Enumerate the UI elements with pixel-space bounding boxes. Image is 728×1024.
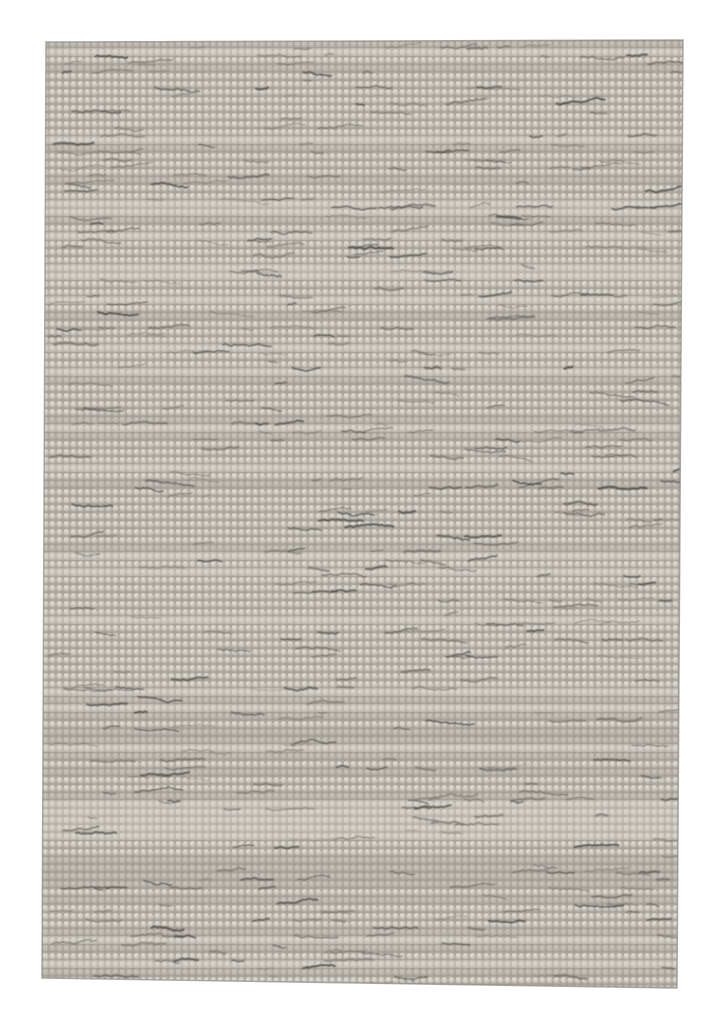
product-photo: Chunky felted wool loop-weave rug, natur… <box>0 0 728 1024</box>
wool-rug-image <box>0 0 728 1024</box>
